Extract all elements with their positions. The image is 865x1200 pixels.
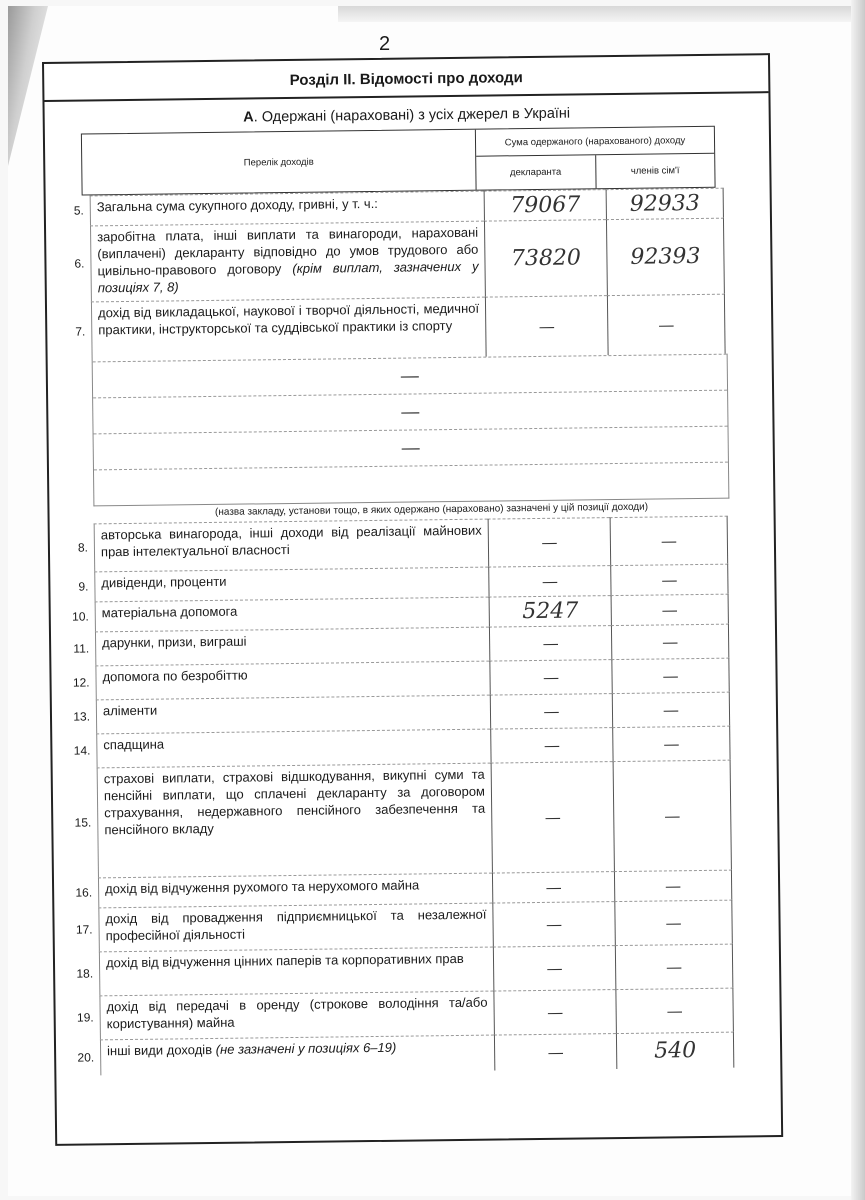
row-number: 19. <box>56 1009 100 1027</box>
row-number: 20. <box>56 1049 100 1067</box>
header-income-list: Перелік доходів <box>82 130 477 195</box>
row-description: дохід від відчуження рухомого та нерухом… <box>98 873 492 908</box>
declarant-amount[interactable]: — <box>493 989 616 1034</box>
family-amount[interactable]: — <box>607 294 726 355</box>
scan-edge-right <box>851 0 865 1200</box>
row-number: 5. <box>46 202 90 220</box>
row-description: Загальна сума сукупного доходу, гривні, … <box>90 191 484 226</box>
family-amount[interactable]: — <box>614 870 732 901</box>
family-amount[interactable]: — <box>611 624 729 659</box>
row-description: матеріальна допомога <box>95 597 489 632</box>
declarant-amount[interactable]: — <box>494 1033 616 1070</box>
row-number: 17. <box>55 921 99 939</box>
declarant-amount[interactable]: — <box>489 625 611 660</box>
row-number: 7. <box>47 323 91 341</box>
page-number: 2 <box>379 33 390 56</box>
income-rows-bottom: 8. авторська винагорода, інші доходи від… <box>50 515 781 1076</box>
declarant-amount[interactable]: 73820 <box>484 219 607 296</box>
row-description: дохід від передачі в оренду (строкове во… <box>99 991 494 1040</box>
declarant-amount[interactable]: 79067 <box>484 189 606 220</box>
row-number: 8. <box>50 539 94 557</box>
row-number: 16. <box>54 884 98 902</box>
row-number: 10. <box>51 608 95 626</box>
header-family: членів сім'ї <box>596 154 715 188</box>
row-number: 14. <box>52 742 96 760</box>
family-amount[interactable]: — <box>611 594 729 625</box>
row-number: 6. <box>46 255 90 273</box>
family-amount[interactable]: 92393 <box>606 218 725 295</box>
declarant-amount[interactable]: — <box>488 517 611 566</box>
table-header: Перелік доходів Сума одержаного (нарахов… <box>81 126 716 196</box>
row-description: дохід від провадження підприємницької та… <box>98 903 493 952</box>
declarant-amount[interactable]: — <box>491 761 614 872</box>
family-amount[interactable]: — <box>615 988 734 1033</box>
scan-edge <box>338 6 858 22</box>
institutions-block: ——— <box>92 354 730 507</box>
table-row: 7. дохід від викладацької, наукової і тв… <box>47 293 772 362</box>
row-description: страхові виплати, страхові відшкодування… <box>97 763 492 878</box>
header-sum: Сума одержаного (нарахованого) доходу <box>476 127 714 157</box>
row-description: спадщина <box>96 729 490 768</box>
row-description: дохід від відчуження цінних паперів та к… <box>99 947 494 996</box>
family-amount[interactable]: 92933 <box>606 188 724 219</box>
row-number: 9. <box>50 578 94 596</box>
row-number: 11. <box>51 640 95 658</box>
table-row: 20. інші види доходів (не зазначені у по… <box>56 1031 780 1076</box>
declarant-amount[interactable]: — <box>492 871 614 902</box>
row-number: 12. <box>51 674 95 692</box>
family-amount[interactable]: — <box>614 900 733 945</box>
income-rows-top: 5. Загальна сума сукупного доходу, гривн… <box>46 187 772 362</box>
family-amount[interactable]: — <box>611 658 729 693</box>
row-description: допомога по безробіттю <box>95 661 489 700</box>
row-description: заробітна плата, інші виплати та винагор… <box>90 221 485 302</box>
family-amount[interactable]: — <box>613 760 732 871</box>
row-description: інші види доходів (не зазначені у позиці… <box>100 1035 494 1076</box>
declarant-amount[interactable]: — <box>485 295 608 356</box>
table-row: 6. заробітна плата, інші виплати та вина… <box>46 217 771 302</box>
institution-line[interactable] <box>94 462 728 506</box>
header-declarant: декларанта <box>476 155 596 189</box>
row-description: дохід від викладацької, наукової і творч… <box>91 297 486 362</box>
declarant-amount[interactable]: — <box>489 659 611 694</box>
table-row: 15. страхові виплати, страхові відшкодув… <box>53 759 778 878</box>
row-number: 13. <box>52 708 96 726</box>
family-amount[interactable]: 540 <box>616 1032 734 1069</box>
income-form: Розділ II. Відомості про доходи А. Одерж… <box>42 53 783 1146</box>
declarant-amount[interactable]: — <box>492 901 615 946</box>
row-description: дарунки, призи, виграші <box>95 627 489 666</box>
declarant-amount[interactable]: — <box>490 693 612 728</box>
family-amount[interactable]: — <box>612 726 730 761</box>
row-number: 15. <box>53 814 97 832</box>
declarant-amount[interactable]: — <box>490 727 612 762</box>
family-amount[interactable]: — <box>610 564 728 595</box>
row-description: аліменти <box>96 695 490 734</box>
family-amount[interactable]: — <box>615 944 734 989</box>
row-description: дивіденди, проценти <box>94 567 488 602</box>
row-number: 18. <box>55 965 99 983</box>
row-description: авторська винагорода, інші доходи від ре… <box>94 519 489 572</box>
family-amount[interactable]: — <box>610 516 729 565</box>
table-row: 8. авторська винагорода, інші доходи від… <box>50 515 775 572</box>
family-amount[interactable]: — <box>612 692 730 727</box>
declarant-amount[interactable]: 5247 <box>489 595 611 626</box>
declarant-amount[interactable]: — <box>493 945 616 990</box>
declarant-amount[interactable]: — <box>488 565 610 596</box>
